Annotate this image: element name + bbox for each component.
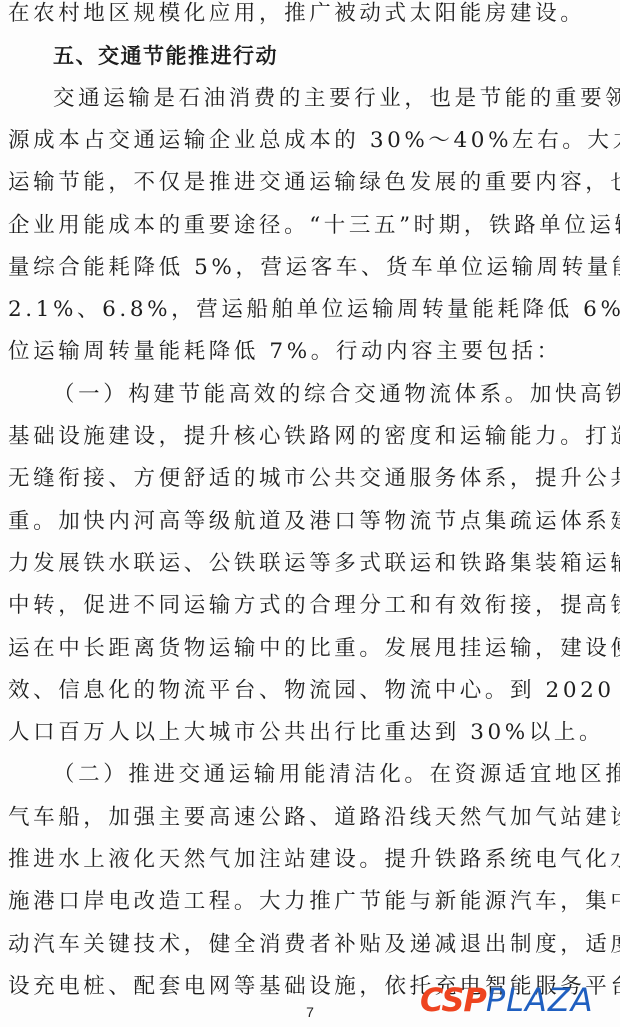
text-line: 施港口岸电改造工程。大力推广节能与新能源汽车，集中突破电 bbox=[8, 881, 612, 923]
text-line: 交通运输是石油消费的主要行业，也是节能的重要领域。能 bbox=[53, 78, 612, 120]
text-line: 气车船，加强主要高速公路、道路沿线天然气加气站建设，稳步 bbox=[8, 797, 612, 839]
text-line: 2.1%、6.8%，营运船舶单位运输周转量能耗降低 6%，民航业单 bbox=[8, 289, 612, 331]
text-line: 企业用能成本的重要途径。“十三五”时期，铁路单位运输工作 bbox=[8, 205, 612, 247]
text-line: 动汽车关键技术，健全消费者补贴及递减退出制度，适度超前建 bbox=[8, 924, 612, 966]
text-line: 运输节能，不仅是推进交通运输绿色发展的重要内容，也是降低 bbox=[8, 162, 612, 204]
watermark-csp-text: CSP bbox=[420, 981, 486, 1019]
text-line: 重。加快内河高等级航道及港口等物流节点集疏运体系建设，大 bbox=[8, 501, 612, 543]
text-line: 位运输周转量能耗降低 7%。行动内容主要包括： bbox=[8, 331, 612, 373]
text-line: 量综合能耗降低 5%，营运客车、货车单位运输周转量能耗降低 bbox=[8, 247, 612, 289]
text-line: 推进水上液化天然气加注站建设。提升铁路系统电气化水平，实 bbox=[8, 839, 612, 881]
text-line: 基础设施建设，提升核心铁路网的密度和运输能力。打造完善、 bbox=[8, 416, 612, 458]
watermark-plaza-text: PLAZA bbox=[486, 981, 594, 1019]
text-line: 在农村地区规模化应用，推广被动式太阳能房建设。 bbox=[8, 0, 612, 35]
page-number: 7 bbox=[300, 1004, 320, 1020]
text-line: 中转，促进不同运输方式的合理分工和有效衔接，提高铁路和水 bbox=[8, 585, 612, 627]
text-line: 力发展铁水联运、公铁联运等多式联运和铁路集装箱运输、水水 bbox=[8, 543, 612, 585]
text-line: 人口百万人以上大城市公共出行比重达到 30%以上。 bbox=[8, 712, 612, 754]
text-line: 效、信息化的物流平台、物流园、物流中心。到 2020 年，常住 bbox=[8, 670, 612, 712]
section-heading: 五、交通节能推进行动 bbox=[53, 35, 612, 77]
text-line: （二）推进交通运输用能清洁化。在资源适宜地区推广天然 bbox=[53, 754, 612, 796]
text-line: 无缝衔接、方便舒适的城市公共交通服务体系，提升公共出行比 bbox=[8, 458, 612, 500]
text-line: 运在中长距离货物运输中的比重。发展甩挂运输，建设便捷、高 bbox=[8, 628, 612, 670]
text-line: （一）构建节能高效的综合交通物流体系。加快高铁和铁路 bbox=[53, 374, 612, 416]
document-page: 在农村地区规模化应用，推广被动式太阳能房建设。五、交通节能推进行动交通运输是石油… bbox=[0, 0, 620, 1027]
csp-plaza-watermark-logo: CSPPLAZA bbox=[420, 984, 594, 1016]
text-line: 源成本占交通运输企业总成本的 30%～40%左右。大力推进交通 bbox=[8, 120, 612, 162]
